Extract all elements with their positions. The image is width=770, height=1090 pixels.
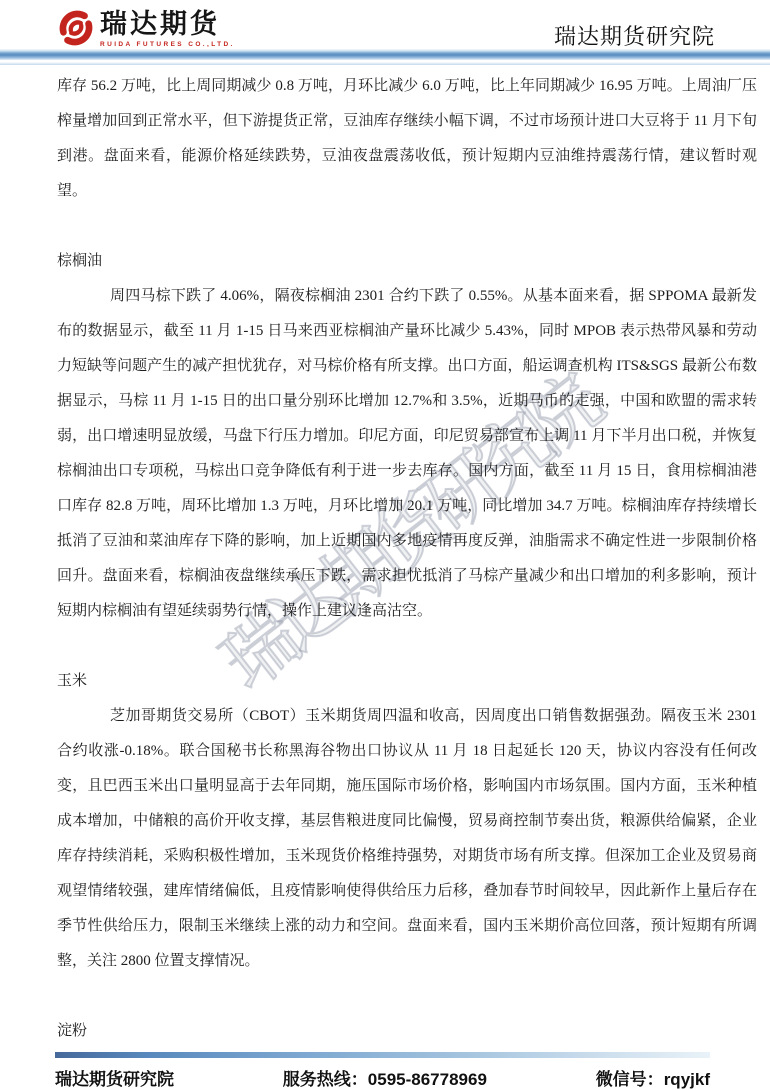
footer-wechat: 微信号：rqyjkf <box>596 1065 710 1090</box>
header-divider-thin-line <box>0 62 770 65</box>
report-page: 瑞达期货研究院 瑞达期货 RUIDA FUTURES CO.,LTD. 瑞达期货… <box>0 0 770 1090</box>
footer-divider-bar <box>55 1052 710 1058</box>
brand-name-cn: 瑞达期货 <box>100 10 235 39</box>
report-body: 库存 56.2 万吨，比上周同期减少 0.8 万吨，月环比减少 6.0 万吨，比… <box>57 69 757 1084</box>
section-heading-starch: 淀粉 <box>57 1014 757 1049</box>
paragraph-soybean-oil-continued: 库存 56.2 万吨，比上周同期减少 0.8 万吨，月环比减少 6.0 万吨，比… <box>57 69 757 209</box>
brand-block: 瑞达期货 RUIDA FUTURES CO.,LTD. <box>100 10 235 48</box>
brand-name-en: RUIDA FUTURES CO.,LTD. <box>100 41 235 48</box>
section-heading-corn: 玉米 <box>57 664 757 699</box>
ruida-logo-icon <box>57 9 95 47</box>
footer-hotline-label: 服务热线： <box>283 1070 368 1089</box>
page-header: 瑞达期货 RUIDA FUTURES CO.,LTD. 瑞达期货研究院 <box>0 0 770 65</box>
footer-hotline-number: 0595-86778969 <box>368 1070 487 1089</box>
paragraph-palm-oil: 周四马棕下跌了 4.06%，隔夜棕榈油 2301 合约下跌了 0.55%。从基本… <box>57 279 757 629</box>
page-footer: 瑞达期货研究院 服务热线：0595-86778969 微信号：rqyjkf <box>0 1050 770 1090</box>
paragraph-corn: 芝加哥期货交易所（CBOT）玉米期货周四温和收高，因周度出口销售数据强劲。隔夜玉… <box>57 699 757 979</box>
header-logo-row: 瑞达期货 RUIDA FUTURES CO.,LTD. 瑞达期货研究院 <box>0 7 770 49</box>
footer-info-row: 瑞达期货研究院 服务热线：0595-86778969 微信号：rqyjkf <box>55 1065 710 1090</box>
footer-wechat-id: rqyjkf <box>664 1070 710 1089</box>
section-heading-palm-oil: 棕榈油 <box>57 244 757 279</box>
footer-wechat-label: 微信号： <box>596 1070 664 1089</box>
footer-institute: 瑞达期货研究院 <box>55 1065 174 1090</box>
footer-hotline: 服务热线：0595-86778969 <box>283 1065 487 1090</box>
header-institute-title: 瑞达期货研究院 <box>554 20 715 51</box>
